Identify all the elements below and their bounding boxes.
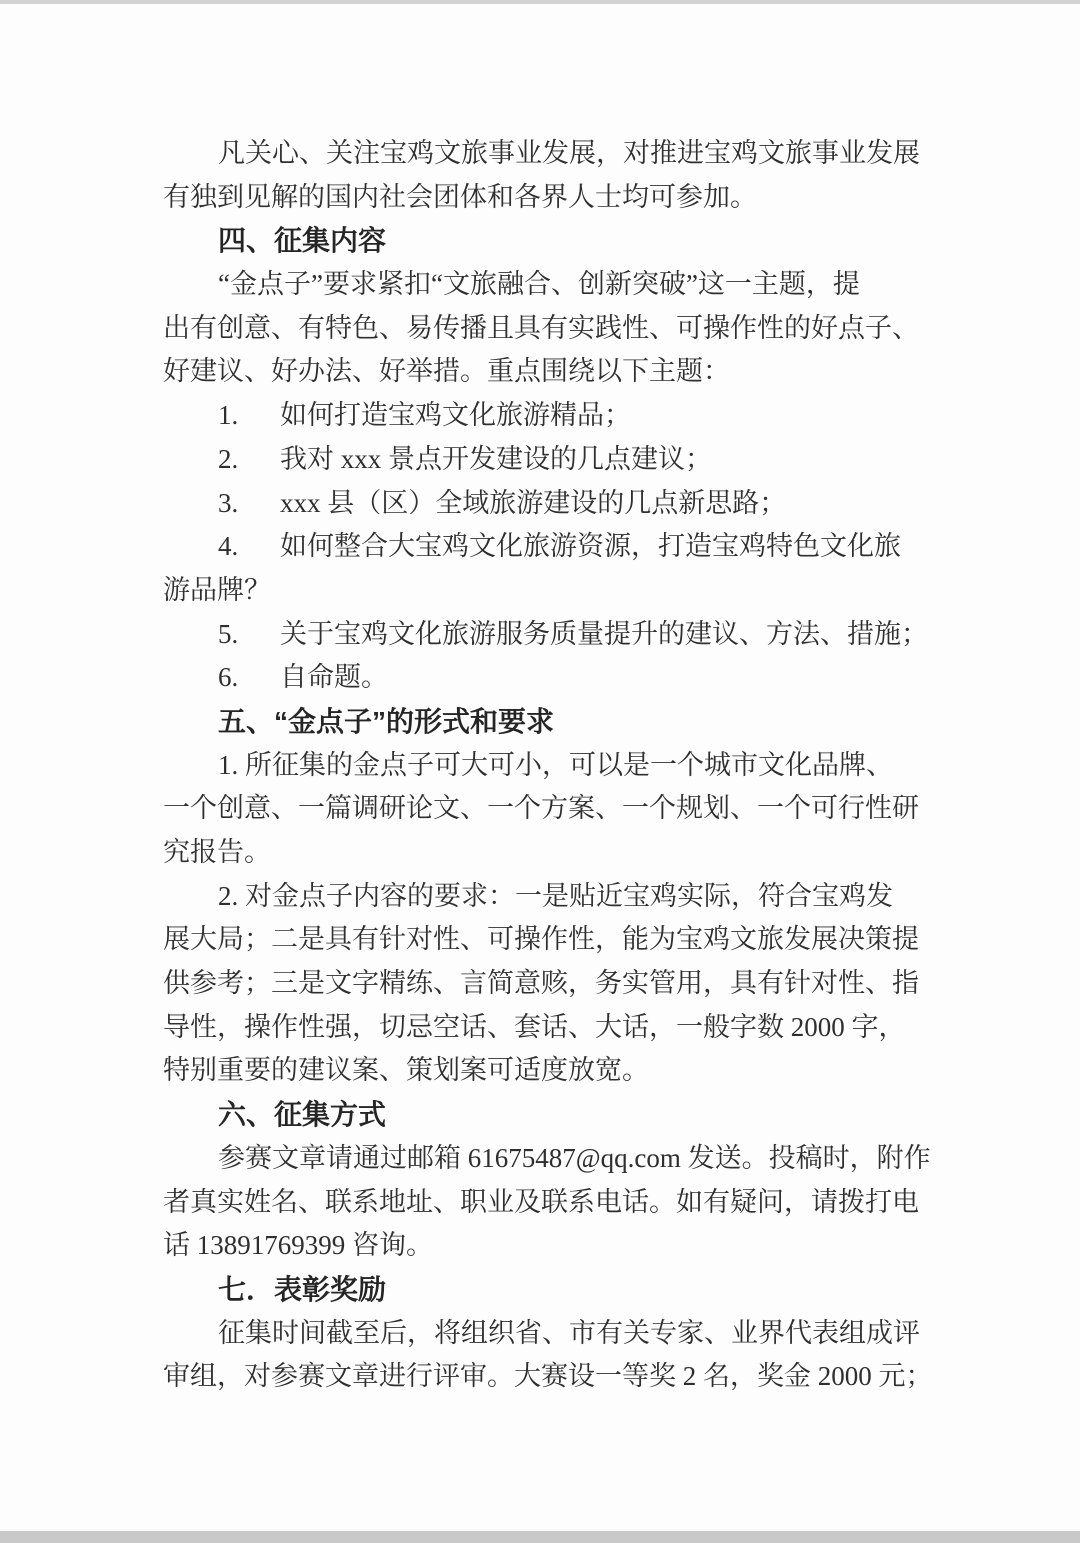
- list-item: 4.如何整合大宝鸡文化旅游资源，打造宝鸡特色文化旅: [163, 525, 923, 569]
- section-heading-7: 七．表彰奖励: [163, 1268, 923, 1312]
- text-line: 出有创意、有特色、易传播且具有实践性、可操作性的好点子、: [163, 307, 923, 351]
- list-item-text: xxx 县（区）全域旅游建设的几点新思路；: [280, 488, 786, 518]
- list-item: 5.关于宝鸡文化旅游服务质量提升的建议、方法、措施；: [163, 613, 923, 657]
- text-line-with-phone: 话 13891769399 咨询。: [163, 1224, 923, 1268]
- list-item: 2.我对 xxx 景点开发建设的几点建议；: [163, 438, 923, 482]
- list-item-text: 如何整合大宝鸡文化旅游资源，打造宝鸡特色文化旅: [280, 531, 901, 561]
- text-line: 有独到见解的国内社会团体和各界人士均可参加。: [163, 176, 923, 220]
- list-item-number: 2.: [218, 438, 280, 482]
- list-item-number: 4.: [218, 525, 280, 569]
- list-item: 1.如何打造宝鸡文化旅游精品；: [163, 394, 923, 438]
- bottom-edge-bar: [0, 1531, 1080, 1543]
- top-edge-bar: [0, 0, 1080, 4]
- text-line: 究报告。: [163, 831, 923, 875]
- text-line: 者真实姓名、联系地址、职业及联系电话。如有疑问，请拨打电: [163, 1181, 923, 1225]
- text-line: “金点子”要求紧扣“文旅融合、创新突破”这一主题，提: [163, 263, 923, 307]
- text-line: 1. 所征集的金点子可大可小，可以是一个城市文化品牌、: [163, 744, 923, 788]
- list-item: 6.自命题。: [163, 656, 923, 700]
- list-item-number: 6.: [218, 656, 280, 700]
- text-line: 凡关心、关注宝鸡文旅事业发展，对推进宝鸡文旅事业发展: [163, 132, 923, 176]
- section-heading-6: 六、征集方式: [163, 1093, 923, 1137]
- text-line: 2. 对金点子内容的要求：一是贴近宝鸡实际，符合宝鸡发: [163, 875, 923, 919]
- list-item: 3.xxx 县（区）全域旅游建设的几点新思路；: [163, 482, 923, 526]
- list-item-number: 1.: [218, 394, 280, 438]
- list-item-text: 自命题。: [280, 662, 388, 692]
- list-item-text: 我对 xxx 景点开发建设的几点建议；: [280, 444, 712, 474]
- text-line: 征集时间截至后，将组织省、市有关专家、业界代表组成评: [163, 1312, 923, 1356]
- text-line: 特别重要的建议案、策划案可适度放宽。: [163, 1049, 923, 1093]
- text-line: 审组，对参赛文章进行评审。大赛设一等奖 2 名，奖金 2000 元；: [163, 1355, 923, 1399]
- text-line-with-email: 参赛文章请通过邮箱 61675487@qq.com 发送。投稿时，附作: [163, 1137, 923, 1181]
- section-heading-5: 五、“金点子”的形式和要求: [163, 700, 923, 744]
- text-line: 供参考；三是文字精练、言简意赅，务实管用，具有针对性、指: [163, 962, 923, 1006]
- list-item-text: 关于宝鸡文化旅游服务质量提升的建议、方法、措施；: [280, 619, 928, 649]
- list-item-number: 3.: [218, 482, 280, 526]
- text-line: 一个创意、一篇调研论文、一个方案、一个规划、一个可行性研: [163, 787, 923, 831]
- list-item-number: 5.: [218, 613, 280, 657]
- text-line: 导性，操作性强，切忌空话、套话、大话，一般字数 2000 字，: [163, 1006, 923, 1050]
- document-text-block: 凡关心、关注宝鸡文旅事业发展，对推进宝鸡文旅事业发展 有独到见解的国内社会团体和…: [163, 132, 923, 1399]
- list-item-text: 如何打造宝鸡文化旅游精品；: [280, 400, 631, 430]
- text-line: 游品牌？: [163, 569, 923, 613]
- section-heading-4: 四、征集内容: [163, 219, 923, 263]
- document-page: 凡关心、关注宝鸡文旅事业发展，对推进宝鸡文旅事业发展 有独到见解的国内社会团体和…: [0, 0, 1080, 1543]
- text-line: 展大局；二是具有针对性、可操作性，能为宝鸡文旅发展决策提: [163, 918, 923, 962]
- text-line: 好建议、好办法、好举措。重点围绕以下主题：: [163, 350, 923, 394]
